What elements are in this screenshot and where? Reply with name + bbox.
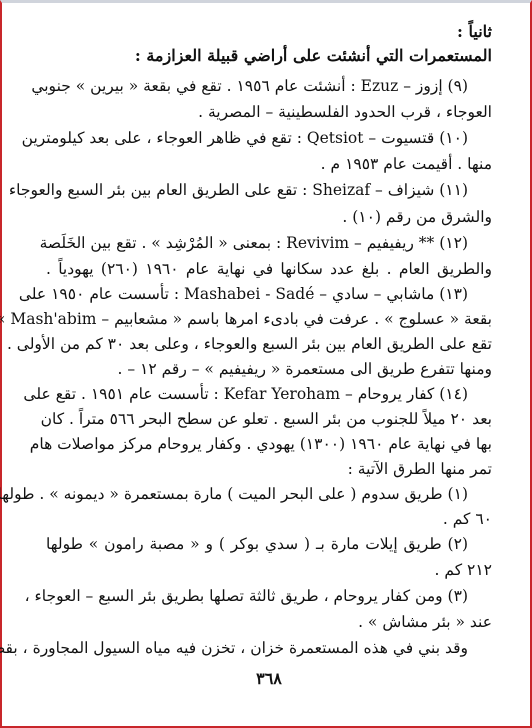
text-line: (٣) ومن كفار يروحام ، طريق ثالثة تصلها ب… bbox=[46, 585, 468, 607]
text-line: ٦٠ كم . bbox=[46, 508, 492, 530]
text-line: (١٠) قتسيوت – Qetsiot : تقع في ظاهر العو… bbox=[46, 127, 468, 149]
text-line: بها في نهاية عام ١٩٦٠ (١٣٠٠) يهودي . وكف… bbox=[46, 433, 492, 455]
text-line: بقعة « عسلوج » . عرفت في بادىء امرها باس… bbox=[46, 308, 492, 330]
text-line: (٢) طريق إيلات مارة بـ ( سدي بوكر ) و « … bbox=[46, 533, 468, 555]
text-line: (١١) شيزاف – Sheizaf : تقع على الطريق ال… bbox=[46, 179, 468, 201]
section-title: المستعمرات التي أنشئت على أراضي قبيلة ال… bbox=[46, 45, 492, 67]
text-line: منها . أقيمت عام ١٩٥٣ م . bbox=[46, 153, 492, 175]
text-line: والطريق العام . بلغ عدد سكانها في نهاية … bbox=[46, 258, 492, 280]
text-line: تمر منها الطرق الآتية : bbox=[46, 458, 492, 480]
page-number: ٣٦٨ bbox=[46, 668, 492, 690]
text-line: وقد بني في هذه المستعمرة خزان ، تخزن فيه… bbox=[46, 637, 468, 659]
text-line: بعد ٢٠ ميلاً للجنوب من بئر السبع . تعلو … bbox=[46, 408, 492, 430]
document-frame: ثانياً : المستعمرات التي أنشئت على أراضي… bbox=[0, 0, 532, 728]
text-line: والشرق من رقم (١٠) . bbox=[46, 206, 492, 228]
text-line: (١٣) ماشابي – سادي – Mashabei - Sadé : ت… bbox=[46, 283, 468, 305]
text-line: (١٢) ** ريفيفيم – Revivim : بمعنى « المُ… bbox=[46, 232, 468, 254]
section-label: ثانياً : bbox=[46, 21, 492, 43]
text-line: عند « بئر مشاش » . bbox=[46, 611, 492, 633]
text-line: (١٤) كفار يروحام – Kefar Yeroham : تأسست… bbox=[46, 383, 468, 405]
text-line: ومنها تتفرع طريق الى مستعمرة « ريفيفيم »… bbox=[46, 358, 492, 380]
text-line: (٩) إزوز – Ezuz : أنشئت عام ١٩٥٦ . تقع ف… bbox=[46, 75, 468, 97]
text-line: ٢١٢ كم . bbox=[46, 559, 492, 581]
text-line: تقع على الطريق العام بين بئر السبع والعو… bbox=[46, 333, 492, 355]
text-line: (١) طريق سدوم ( على البحر الميت ) مارة ب… bbox=[46, 483, 468, 505]
text-line: العوجاء ، قرب الحدود الفلسطينية – المصري… bbox=[46, 101, 492, 123]
